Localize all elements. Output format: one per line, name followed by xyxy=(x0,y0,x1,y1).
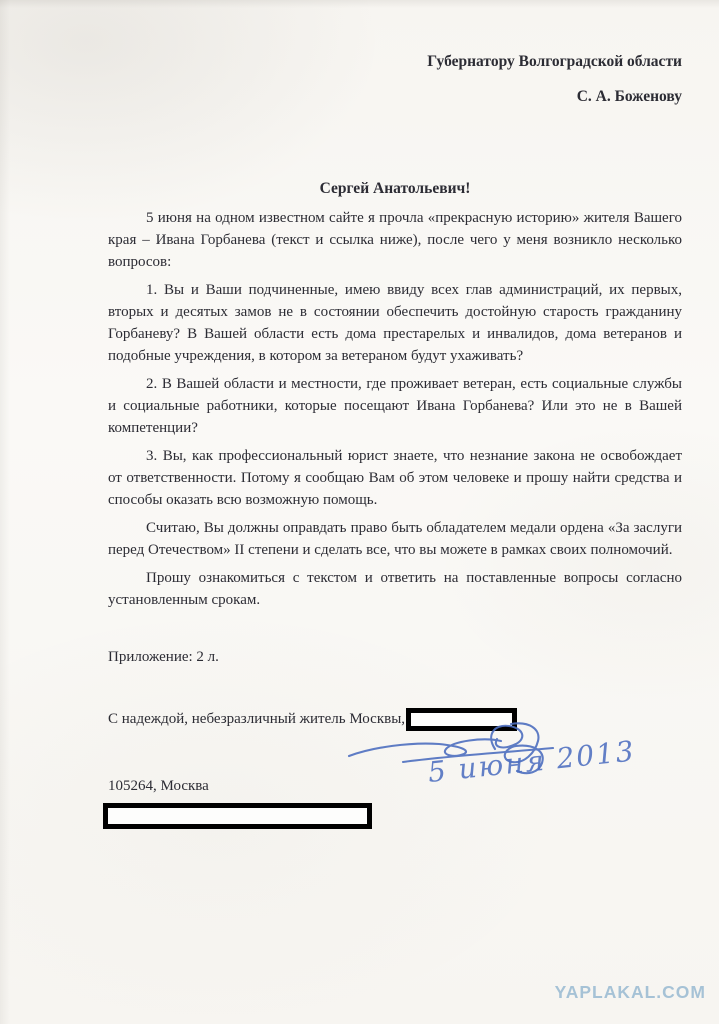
letter-page: Губернатору Волгоградской области С. А. … xyxy=(0,0,719,1024)
recipient-line-1: Губернатору Волгоградской области xyxy=(427,52,682,72)
recipient-block: Губернатору Волгоградской области С. А. … xyxy=(427,52,682,107)
letter-paragraph: Прошу ознакомиться с текстом и ответить … xyxy=(108,567,682,611)
letter-paragraph: 2. В Вашей области и местности, где прож… xyxy=(108,373,682,439)
letter-paragraph: 1. Вы и Ваши подчиненные, имею ввиду все… xyxy=(108,279,682,367)
watermark-logo: YAPLAKAL.COM xyxy=(555,982,706,1003)
recipient-line-2: С. А. Боженову xyxy=(427,87,682,107)
letter-body: 5 июня на одном известном сайте я прочла… xyxy=(108,207,682,617)
letter-paragraph: Считаю, Вы должны оправдать право быть о… xyxy=(108,517,682,561)
letter-paragraph: 5 июня на одном известном сайте я прочла… xyxy=(108,207,682,273)
letter-paragraph: 3. Вы, как профессиональный юрист знаете… xyxy=(108,445,682,511)
redaction-box-2 xyxy=(103,803,372,829)
salutation-heading: Сергей Анатольевич! xyxy=(108,180,682,198)
postal-line: 105264, Москва xyxy=(108,778,209,795)
attachment-note: Приложение: 2 л. xyxy=(108,649,219,666)
